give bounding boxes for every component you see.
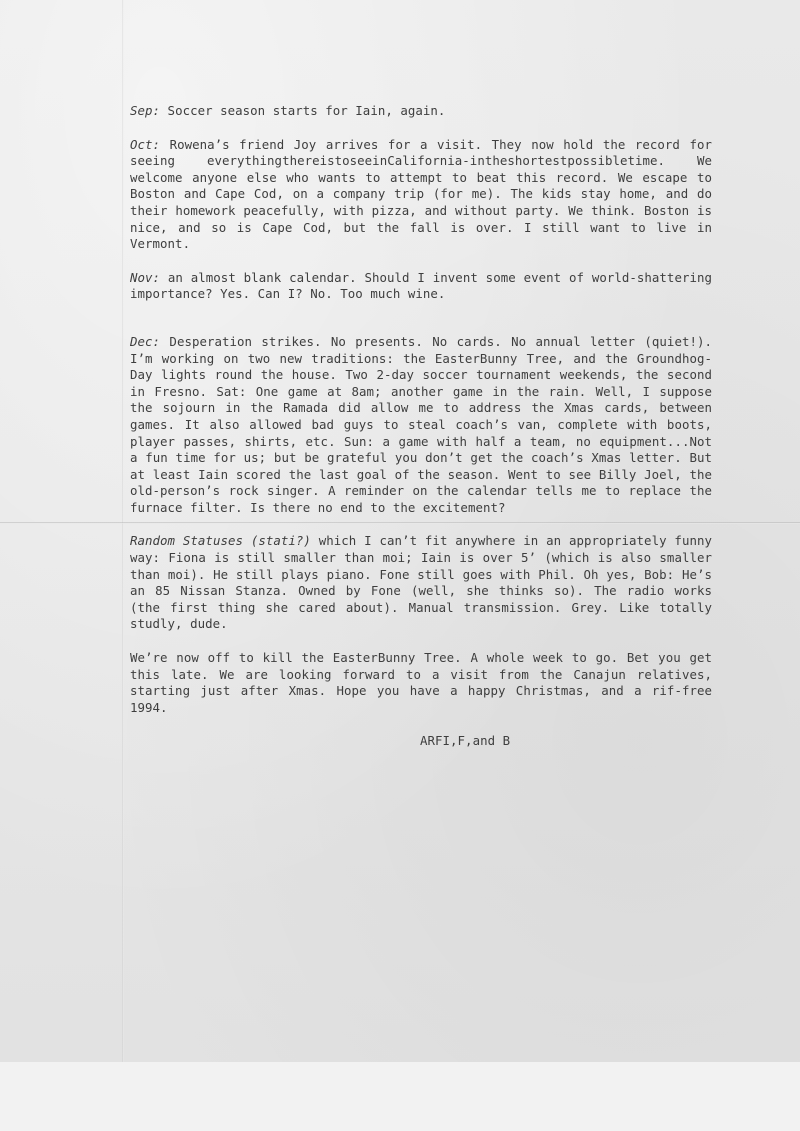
vertical-fold-crease bbox=[122, 0, 124, 1062]
section-label: Random Statuses (stati?) bbox=[130, 533, 311, 548]
paragraph-text: Soccer season starts for Iain, again. bbox=[160, 103, 445, 118]
letter-body: Sep: Soccer season starts for Iain, agai… bbox=[130, 103, 712, 767]
paragraph-text: We’re now off to kill the EasterBunny Tr… bbox=[130, 650, 712, 715]
paragraph-closing: We’re now off to kill the EasterBunny Tr… bbox=[130, 650, 712, 716]
scanner-background bbox=[0, 1062, 800, 1131]
month-label: Nov: bbox=[130, 270, 160, 285]
paragraph-text: Rowena’s friend Joy arrives for a visit.… bbox=[130, 137, 712, 252]
paragraph-random-statuses: Random Statuses (stati?) which I can’t f… bbox=[130, 533, 712, 633]
letter-page: Sep: Soccer season starts for Iain, agai… bbox=[0, 0, 800, 1062]
signature: ARFI,F,and B bbox=[420, 733, 712, 750]
paragraph-oct: Oct: Rowena’s friend Joy arrives for a v… bbox=[130, 137, 712, 253]
month-label: Dec: bbox=[130, 334, 160, 349]
paragraph-text: an almost blank calendar. Should I inven… bbox=[130, 270, 712, 302]
paragraph-text: Desperation strikes. No presents. No car… bbox=[130, 334, 712, 515]
month-label: Sep: bbox=[130, 103, 160, 118]
paragraph-dec: Dec: Desperation strikes. No presents. N… bbox=[130, 334, 712, 517]
paragraph-sep: Sep: Soccer season starts for Iain, agai… bbox=[130, 103, 712, 120]
month-label: Oct: bbox=[130, 137, 160, 152]
paragraph-nov: Nov: an almost blank calendar. Should I … bbox=[130, 270, 712, 303]
